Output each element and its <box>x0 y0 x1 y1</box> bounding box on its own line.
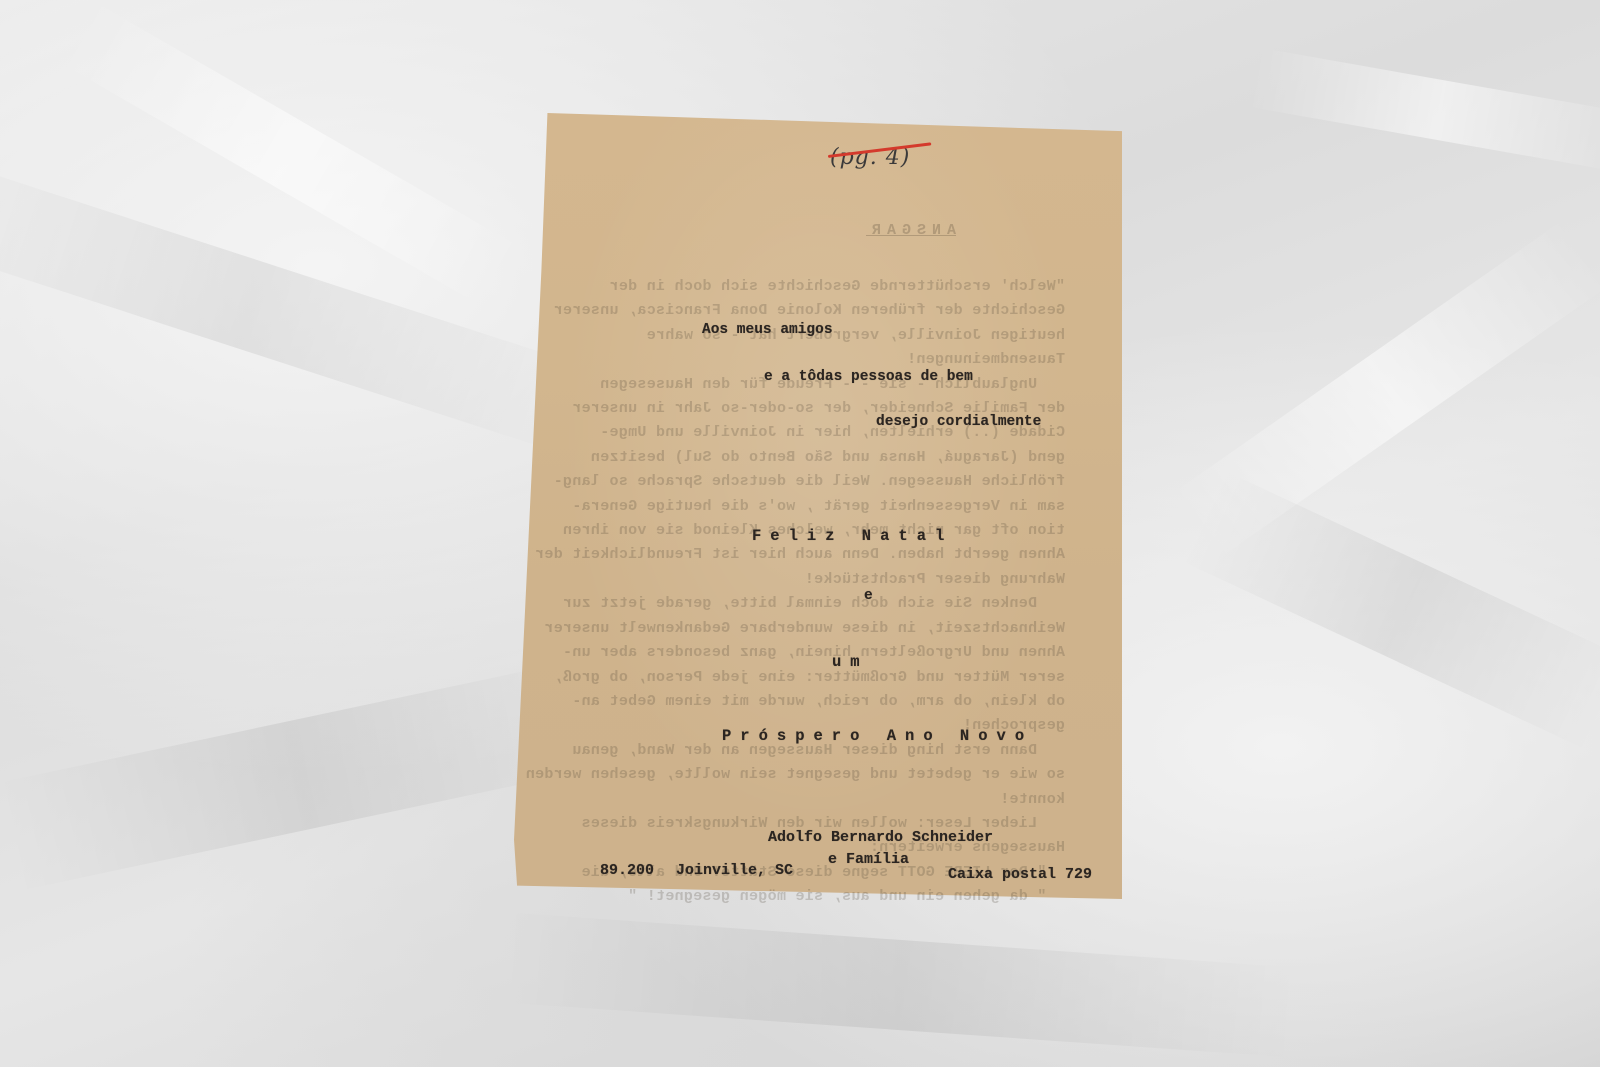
footer-postal-code: 89.200 <box>600 862 654 879</box>
cloth-highlight <box>56 0 524 310</box>
wish-conjunction: e <box>864 588 873 604</box>
bleed-through-title: ANSGAR <box>866 222 956 239</box>
footer-po-box: Caixa postal 729 <box>948 866 1092 883</box>
cloth-fold <box>0 659 605 891</box>
greeting-line-1: Aos meus amigos <box>702 322 833 338</box>
signature-name: Adolfo Bernardo Schneider <box>768 829 993 846</box>
footer-city: Joinville, SC <box>676 862 793 879</box>
document-paper <box>514 113 1122 903</box>
wish-um: um <box>832 653 869 671</box>
wish-feliz-natal: Feliz Natal <box>752 527 953 545</box>
cloth-highlight <box>1248 47 1600 172</box>
cloth-highlight <box>1170 220 1600 561</box>
cloth-fold <box>0 154 597 456</box>
greeting-line-2: e a tôdas pessoas de bem <box>764 369 973 385</box>
signature-family: e Família <box>828 851 909 868</box>
cloth-fold <box>498 912 1302 1058</box>
greeting-line-3: desejo cordialmente <box>876 414 1041 430</box>
wish-prospero-ano-novo: Próspero Ano Novo <box>722 727 1033 745</box>
cloth-fold <box>1180 470 1600 751</box>
